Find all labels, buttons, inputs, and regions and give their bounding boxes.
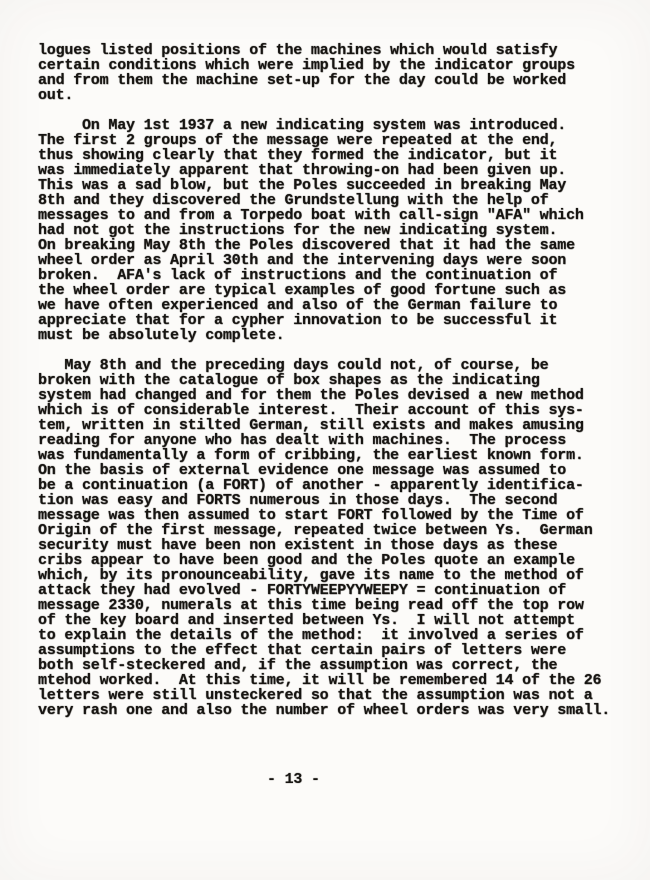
document-page: logues listed positions of the machines …: [0, 0, 650, 880]
paragraph-1: logues listed positions of the machines …: [38, 43, 610, 103]
page-number: - 13 -: [267, 772, 320, 787]
paragraph-3: May 8th and the preceding days could not…: [38, 358, 610, 718]
paragraph-2: On May 1st 1937 a new indicating system …: [38, 118, 610, 343]
body-text: logues listed positions of the machines …: [38, 43, 610, 718]
